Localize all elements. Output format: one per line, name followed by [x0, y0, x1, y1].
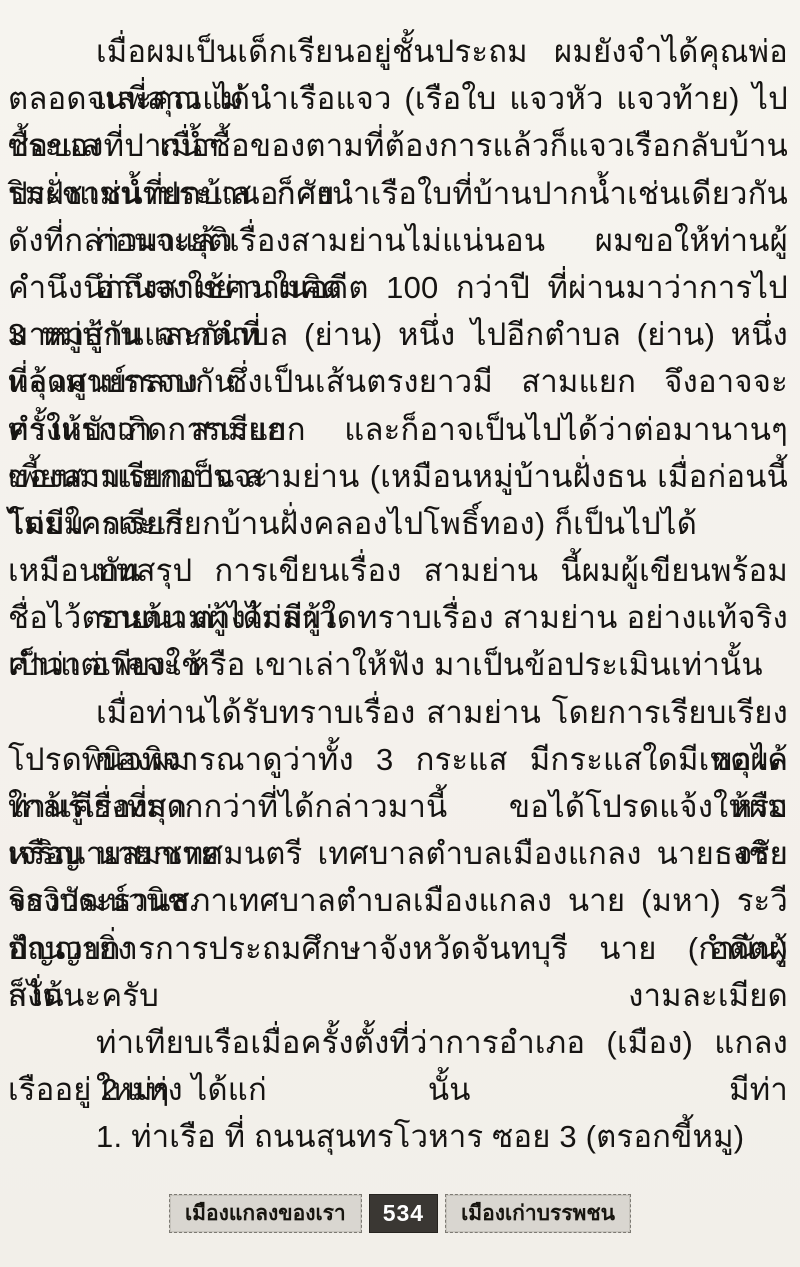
text-line: เพี้ยนมาเรียกเป็น สามย่าน (เหมือนหมู่บ้า…	[8, 453, 788, 500]
text-line: ประแส เมื่อซื้อของตามที่ต้องการแล้วก็แจว…	[8, 122, 788, 169]
page-number-badge: 534	[369, 1194, 438, 1233]
text-line: บทสรุป การเขียนเรื่อง สามย่าน นี้ผมผู้เข…	[8, 547, 788, 594]
text-line: ก่อนจะยุติเรื่องสามย่านไม่แน่นอน ผมขอให้…	[8, 217, 788, 264]
text-line: ที่จุดศูนย์กลาง ซึ่งเป็นเส้นตรงยาวมี สาม…	[8, 358, 788, 405]
text-line: ท่านรู้เรื่องมากกว่าที่ได้กล่าวมานี้ ขอไ…	[8, 783, 788, 830]
text-line: รองประธานสภาเทศบาลตำบลเมืองแกลง นาย (มหา…	[8, 877, 788, 924]
text-line: อำนวยการการประถมศึกษาจังหวัดจันทบุรี นาย…	[8, 925, 788, 972]
page-footer: เมืองแกลงของเรา 534 เมืองเก่าบรรพชน	[0, 1194, 800, 1233]
text-line: เมื่อผมเป็นเด็กเรียนอยู่ชั้นประถม ผมยังจ…	[8, 28, 788, 75]
page-text: เมื่อผมเป็นเด็กเรียนอยู่ชั้นประถม ผมยังจ…	[8, 28, 788, 1161]
text-line: ริมฝั่งแม่น้ำประแส ก็คงนำเรือใบที่บ้านปา…	[8, 170, 788, 217]
text-line: คำนึงนึกถึงสามย่านในอดีต 100 กว่าปี ที่ผ…	[8, 264, 788, 311]
scanned-book-page: เมื่อผมเป็นเด็กเรียนอยู่ชั้นประถม ผมยังจ…	[0, 0, 800, 1267]
footer-left-title: เมืองแกลงของเรา	[169, 1194, 362, 1233]
footer-right-title: เมืองเก่าบรรพชน	[445, 1194, 631, 1233]
text-line: ชื่อไว้ตอนต้น ต่างไม่มีผู้ใดทราบเรื่อง ส…	[8, 594, 788, 641]
text-line: 1. ท่าเรือ ที่ ถนนสุนทรโวหาร ซอย 3 (ตรอก…	[8, 1113, 788, 1160]
text-line: เมื่อท่านได้รับทราบเรื่อง สามย่าน โดยการ…	[8, 689, 788, 736]
text-line: คำว่า อาจจะ หรือ เขาเล่าให้ฟัง มาเป็นข้อ…	[8, 641, 788, 688]
text-line: โปรดพินิจพิจารณาดูว่าทั้ง 3 กระแส มีกระแ…	[8, 736, 788, 783]
text-line: ท่าเทียบเรือเมื่อครั้งตั้งที่ว่าการอำเภอ…	[8, 1019, 788, 1066]
text-line: 3 หมู่บ้าน จากตำบล (ย่าน) หนึ่ง ไปอีกตำบ…	[8, 311, 788, 358]
text-line: ตลอดจนพี่สาว ได้นำเรือแจว (เรือใบ แจวหัว…	[8, 75, 788, 122]
text-line: ครั้งแรกว่า สามแยก และก็อาจเป็นไปได้ว่าต…	[8, 406, 788, 453]
text-line: เจริญ นายกเทศมนตรี เทศบาลตำบลเมืองแกลง น…	[8, 830, 788, 877]
text-line: โดยมากจะเรียกบ้านฝั่งคลองไปโพธิ์ทอง) ก็เ…	[8, 500, 788, 547]
